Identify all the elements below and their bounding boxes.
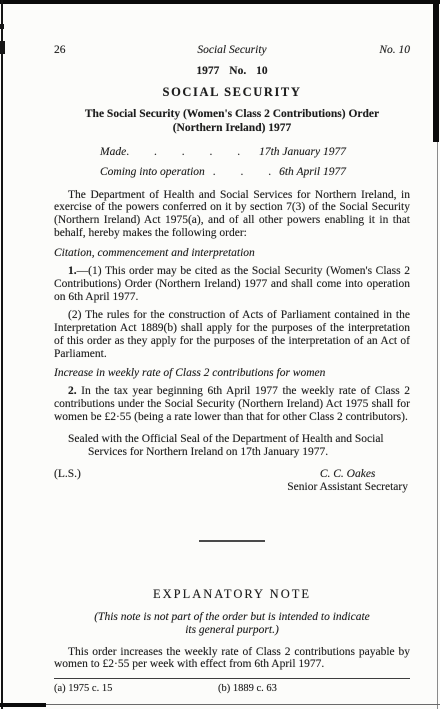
- signature-row: (L.S.) C. C. Oakes Senior Assistant Secr…: [54, 468, 410, 494]
- issue-number: No. 10: [267, 44, 410, 57]
- document-title: The Social Security (Women's Class 2 Con…: [54, 107, 410, 135]
- crossheading-citation: Citation, commencement and interpretatio…: [54, 247, 410, 260]
- footnote-a: (a) 1975 c. 15: [54, 683, 112, 694]
- signature-block: C. C. Oakes Senior Assistant Secretary: [287, 468, 408, 494]
- running-title: Social Security: [197, 44, 266, 57]
- article-1-number: 1.: [68, 265, 77, 277]
- explanatory-note-body: This order increases the weekly rate of …: [54, 646, 410, 672]
- document-number: 1977 No. 10: [54, 65, 410, 78]
- explanatory-note-heading: EXPLANATORY NOTE: [54, 588, 410, 601]
- article-1-paragraph: 1.—(1) This order may be cited as the So…: [54, 265, 410, 304]
- scan-border-bottom: [0, 704, 440, 705]
- document-content: 26 Social Security No. 10 1977 No. 10 SO…: [0, 0, 440, 697]
- document-title-line2: (Northern Ireland) 1977: [54, 121, 410, 135]
- scanned-document-page: 26 Social Security No. 10 1977 No. 10 SO…: [0, 0, 440, 709]
- operation-date: 6th April 1977: [279, 166, 346, 179]
- explanatory-note-caption-line2: its general purport.): [54, 624, 410, 637]
- article-2-paragraph: 2. In the tax year beginning 6th April 1…: [54, 385, 410, 424]
- article-1-text: —(1) This order may be cited as the Soci…: [54, 265, 410, 303]
- article-2-text: In the tax year beginning 6th April 1977…: [54, 385, 410, 423]
- seal-mark: (L.S.): [54, 468, 81, 481]
- operation-row: Coming into operation . . . 6th April 19…: [100, 166, 346, 179]
- explanatory-note-caption-line1: (This note is not part of the order but …: [54, 611, 410, 624]
- article-1-2-paragraph: (2) The rules for the construction of Ac…: [54, 309, 410, 361]
- explanatory-note-caption: (This note is not part of the order but …: [54, 611, 410, 637]
- document-title-line1: The Social Security (Women's Class 2 Con…: [54, 107, 410, 121]
- made-date: 17th January 1977: [259, 146, 346, 159]
- operation-label: Coming into operation: [100, 166, 205, 179]
- signatory-name: C. C. Oakes: [287, 468, 408, 481]
- operation-dot-leader: . . .: [205, 166, 279, 179]
- made-label: Made: [100, 146, 126, 159]
- signatory-title: Senior Assistant Secretary: [287, 481, 408, 494]
- footnote-b: (b) 1889 c. 63: [218, 683, 277, 696]
- article-2-number: 2.: [68, 385, 77, 397]
- made-row: Made . . . . . . 17th January 1977: [100, 146, 346, 159]
- preamble-paragraph: The Department of Health and Social Serv…: [54, 189, 410, 241]
- sealing-clause: Sealed with the Official Seal of the Dep…: [54, 433, 410, 459]
- dates-block: Made . . . . . . 17th January 1977 Comin…: [100, 146, 346, 179]
- category-heading: SOCIAL SECURITY: [54, 86, 410, 99]
- made-dot-leader: . . . . . .: [126, 146, 259, 159]
- crossheading-increase: Increase in weekly rate of Class 2 contr…: [54, 367, 410, 380]
- footnote-rule: [54, 678, 410, 679]
- section-divider-rule: [199, 540, 265, 542]
- running-header: 26 Social Security No. 10: [54, 44, 410, 57]
- footnotes: (a) 1975 c. 15 (b) 1889 c. 63: [54, 683, 410, 697]
- page-number: 26: [54, 44, 197, 57]
- scan-blot-bottom-left: [0, 703, 46, 707]
